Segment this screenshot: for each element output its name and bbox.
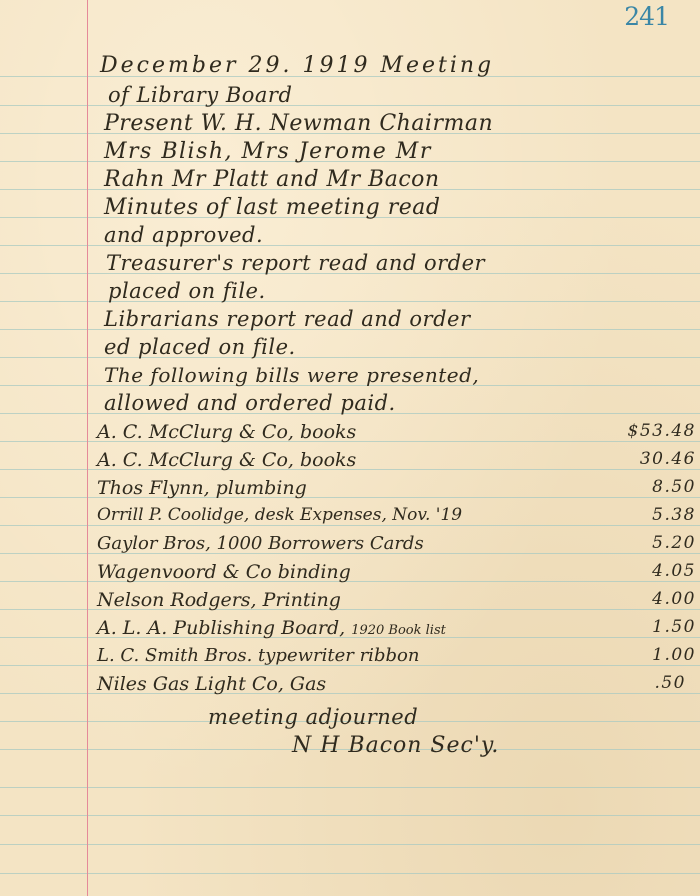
bill-amount: 5.20 [652, 535, 696, 552]
bill-amount: $53.48 [628, 423, 696, 440]
bill-row: A. C. McClurg & Co, books $53.48 [0, 423, 700, 451]
minutes-line: Librarians report read and order [104, 309, 470, 330]
bill-row: Orrill P. Coolidge, desk Expenses, Nov. … [0, 507, 700, 535]
bill-amount: 1.50 [652, 619, 696, 636]
minutes-line: placed on file. [108, 281, 266, 302]
minutes-line: The following bills were presented, [104, 365, 479, 385]
bill-row: A. L. A. Publishing Board, 1920 Book lis… [0, 619, 700, 647]
bill-amount: 5.38 [652, 507, 696, 524]
bill-row: Wagenvoord & Co binding 4.05 [0, 563, 700, 591]
bill-row: A. C. McClurg & Co, books 30.46 [0, 451, 700, 479]
bill-payee: A. L. A. Publishing Board, 1920 Book lis… [97, 619, 446, 638]
ruled-line [0, 301, 700, 302]
bill-row: Gaylor Bros, 1000 Borrowers Cards 5.20 [0, 535, 700, 563]
bill-row: Thos Flynn, plumbing 8.50 [0, 479, 700, 507]
bill-note: 1920 Book list [351, 623, 446, 638]
ruled-line [0, 105, 700, 106]
bill-row: Nelson Rodgers, Printing 4.00 [0, 591, 700, 619]
bill-amount: 8.50 [652, 479, 696, 496]
minutes-line: of Library Board [108, 85, 292, 106]
minutes-line: and approved. [104, 225, 263, 246]
minutes-line: Minutes of last meeting read [104, 197, 440, 219]
minutes-line: Mrs Blish, Mrs Jerome Mr [104, 141, 432, 163]
minutes-line: Rahn Mr Platt and Mr Bacon [104, 169, 440, 191]
bill-amount: .50 [654, 675, 686, 692]
bill-payee: Nelson Rodgers, Printing [97, 591, 341, 610]
bill-payee: Thos Flynn, plumbing [97, 479, 307, 498]
bill-row: L. C. Smith Bros. typewriter ribbon 1.00 [0, 647, 700, 675]
bill-payee: Wagenvoord & Co binding [97, 563, 351, 582]
bill-row: Niles Gas Light Co, Gas .50 [0, 675, 700, 703]
minutes-line: allowed and ordered paid. [104, 393, 396, 414]
bill-payee: Orrill P. Coolidge, desk Expenses, Nov. … [97, 507, 462, 524]
page-number: 241 [624, 2, 669, 31]
bill-payee: Gaylor Bros, 1000 Borrowers Cards [97, 535, 424, 553]
adjourned-note: meeting adjourned [208, 707, 418, 728]
ruled-line [0, 815, 700, 816]
bill-payee: A. C. McClurg & Co, books [97, 423, 356, 442]
minutes-line: Present W. H. Newman Chairman [104, 113, 493, 135]
ruled-line [0, 873, 700, 874]
bill-amount: 4.05 [652, 563, 696, 580]
bill-payee: A. C. McClurg & Co, books [97, 451, 356, 470]
bill-payee: L. C. Smith Bros. typewriter ribbon [97, 647, 419, 665]
bill-amount: 1.00 [652, 647, 696, 664]
bill-payee: Niles Gas Light Co, Gas [97, 675, 326, 694]
bill-amount: 30.46 [640, 451, 696, 468]
bill-amount: 4.00 [652, 591, 696, 608]
ruled-line [0, 844, 700, 845]
bill-payee-text: A. L. A. Publishing Board, [97, 617, 345, 639]
ruled-line [0, 787, 700, 788]
minutes-line: Treasurer's report read and order [106, 253, 485, 274]
minutes-line: ed placed on file. [104, 337, 296, 358]
secretary-signature: N H Bacon Sec'y. [292, 735, 499, 757]
ledger-page: 241 December 29. 1919 Meeting of Library… [0, 0, 700, 896]
minutes-line: December 29. 1919 Meeting [100, 55, 494, 77]
